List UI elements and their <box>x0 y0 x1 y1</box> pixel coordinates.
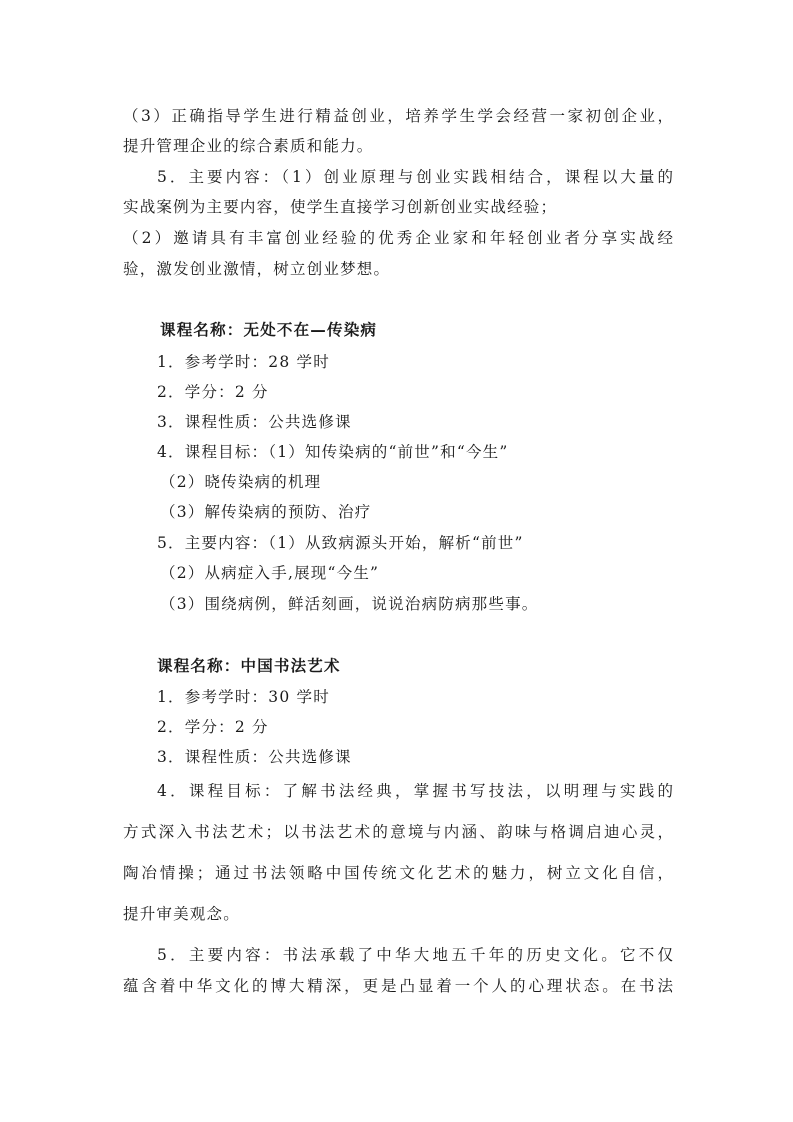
paragraph-line: （3）正确指导学生进行精益创业，培养学生学会经营一家初创企业， <box>123 106 673 126</box>
course-credits: 2．学分：2 分 <box>157 382 269 402</box>
course-objective-3: （3）解传染病的预防、治疗 <box>160 502 371 522</box>
course-hours: 1．参考学时：30 学时 <box>157 687 330 707</box>
paragraph-line: 验，激发创业激情，树立创业梦想。 <box>123 259 390 279</box>
paragraph-line: 实战案例为主要内容，使学生直接学习创新创业实战经验； <box>123 197 557 217</box>
paragraph-line: 蕴含着中华文化的博大精深，更是凸显着一个人的心理状态。在书法 <box>123 976 673 996</box>
paragraph-line: 4．课程目标：了解书法经典，掌握书写技法，以明理与实践的 <box>157 781 673 801</box>
paragraph-line: 提升审美观念。 <box>123 904 240 924</box>
course-nature: 3．课程性质：公共选修课 <box>157 747 352 767</box>
paragraph-line: 陶冶情操；通过书法领略中国传统文化艺术的魅力，树立文化自信， <box>123 863 673 883</box>
paragraph-line: 提升管理企业的综合素质和能力。 <box>123 136 374 156</box>
course-content: 5．主要内容：（1）从致病源头开始，解析“前世” <box>157 533 524 553</box>
paragraph-line: 5．主要内容：书法承载了中华大地五千年的历史文化。它不仅 <box>157 945 673 965</box>
course-content-2: （2）从病症入手,展现“今生” <box>160 563 379 583</box>
course-objective-2: （2）晓传染病的机理 <box>160 472 321 492</box>
paragraph-line: 5．主要内容：（1）创业原理与创业实践相结合，课程以大量的 <box>157 167 673 187</box>
course-content-3: （3）围绕病例，鲜活刻画，说说治病防病那些事。 <box>160 594 538 614</box>
course-objective: 4．课程目标：（1）知传染病的“前世”和“今生” <box>157 442 508 462</box>
paragraph-line: 方式深入书法艺术；以书法艺术的意境与内涵、韵味与格调启迪心灵， <box>123 822 673 842</box>
course-title: 课程名称：中国书法艺术 <box>157 656 341 676</box>
course-hours: 1．参考学时：28 学时 <box>157 352 330 372</box>
course-nature: 3．课程性质：公共选修课 <box>157 412 352 432</box>
paragraph-line: （2）邀请具有丰富创业经验的优秀企业家和年轻创业者分享实战经 <box>123 228 673 248</box>
course-credits: 2．学分：2 分 <box>157 717 269 737</box>
course-title: 课程名称：无处不在—传染病 <box>160 320 377 340</box>
